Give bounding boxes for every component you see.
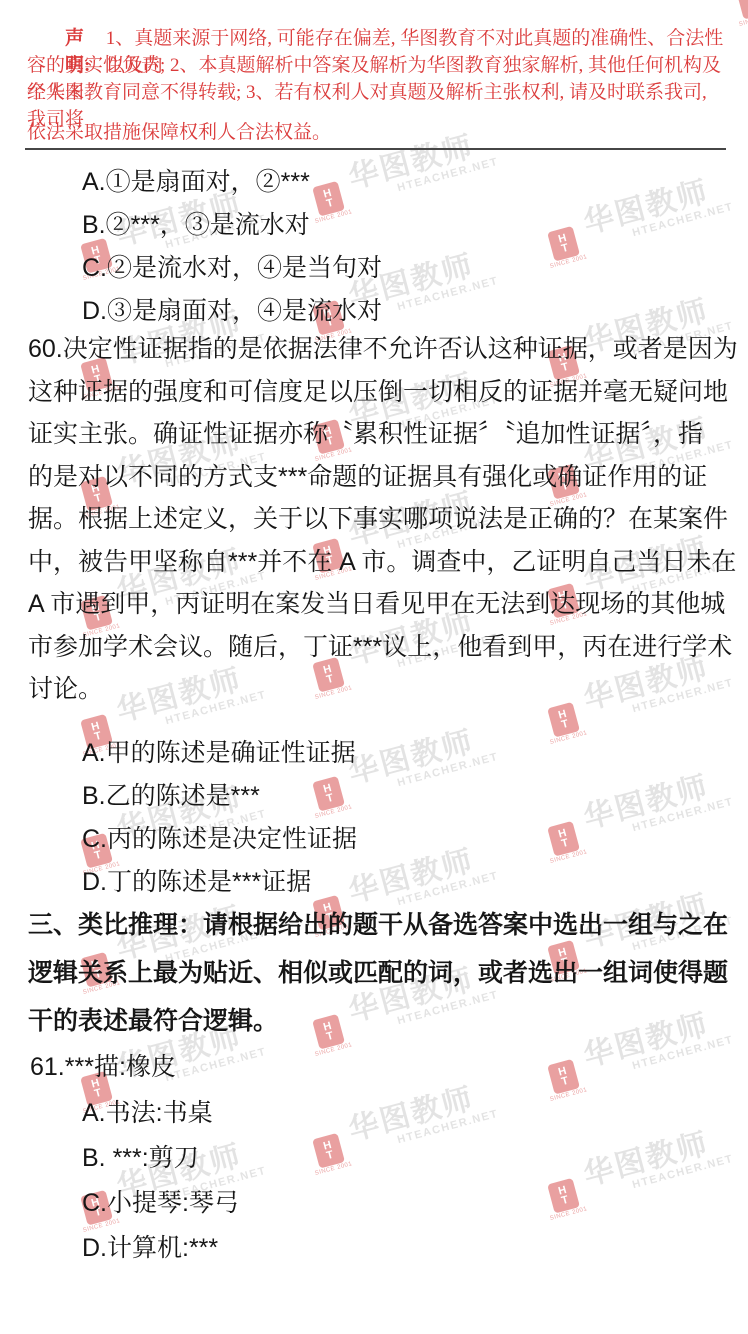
question-60-options: A.甲的陈述是确证性证据B.乙的陈述是***C.丙的陈述是决定性证据D.丁的陈述… — [82, 729, 357, 901]
question-61-text: 61.***描:橡皮 — [30, 1050, 176, 1080]
option-row: C.丙的陈述是决定性证据 — [82, 815, 357, 858]
huatu-logo-icon: HTSINCE 2001 — [541, 1176, 588, 1222]
text-line: A 市遇到甲，丙证明在案发当日看见甲在无法到达现场的其他城 — [28, 581, 728, 624]
text-line: 据。根据上述定义，关于以下事实哪项说法是正确的？在某案件 — [28, 496, 728, 539]
huatu-logo-icon: HTSINCE 2001 — [541, 1057, 588, 1103]
huatu-logo-icon: HTSINCE 2001 — [730, 0, 748, 28]
watermark: HTSINCE 2001华图教师HTEACHER.NET — [535, 1113, 737, 1222]
option-row: A.书法:书桌 — [82, 1088, 239, 1133]
text-line: 这种证据的强度和可信度足以压倒一切相反的证据并毫无疑问地 — [28, 369, 728, 412]
watermark: HTSINCE 2001华图教师HTEACHER.NET — [300, 1068, 502, 1177]
watermark: HTSINCE 2001华图教师HTEACHER.NET — [535, 161, 737, 270]
watermark: HTSINCE 2001华图教师HTEACHER.NET — [535, 756, 737, 865]
option-row: D.丁的陈述是***证据 — [82, 858, 357, 901]
huatu-logo-icon: HTSINCE 2001 — [306, 1131, 353, 1177]
text-line: 60.决定性证据指的是依据法律不允许否认这种证据，或者是因为 — [28, 326, 728, 369]
question-60-text: 60.决定性证据指的是依据法律不允许否认这种证据，或者是因为这种证据的强度和可信… — [28, 326, 728, 709]
option-row: B. ***:剪刀 — [82, 1133, 239, 1178]
text-line: 中，被告甲坚称自***并不在 A 市。调查中，乙证明自己当日未在 — [28, 539, 728, 582]
watermark: HTSINCE 2001华图教师HTEACHER.NET — [724, 0, 748, 28]
option-row: D.计算机:*** — [82, 1223, 239, 1268]
disclaimer: 声明:1、真题来源于网络, 可能存在偏差, 华图教育不对此真题的准确性、合法性以… — [27, 36, 725, 144]
question-61-options: A.书法:书桌B. ***:剪刀C.小提琴:琴弓D.计算机:*** — [82, 1088, 239, 1268]
option-row: C.小提琴:琴弓 — [82, 1178, 239, 1223]
option-row: A.甲的陈述是确证性证据 — [82, 729, 357, 772]
text-line: 三、类比推理：请根据给出的题干从备选答案中选出一组与之在 — [28, 899, 728, 947]
question-59-options: A.①是扇面对，②***B.②***，③是流水对C.②是流水对，④是当句对D.③… — [82, 158, 382, 330]
option-row: B.乙的陈述是*** — [82, 772, 357, 815]
huatu-logo-icon: HTSINCE 2001 — [541, 819, 588, 865]
option-row: C.②是流水对，④是当句对 — [82, 244, 382, 287]
document-page: HTSINCE 2001华图教师HTEACHER.NETHTSINCE 2001… — [0, 0, 748, 1334]
text-line: 证实主张。确证性证据亦称〝累积性证据〞〝追加性证据〞，指 — [28, 411, 728, 454]
text-line: 干的表述最符合逻辑。 — [28, 995, 728, 1043]
huatu-logo-icon: HTSINCE 2001 — [541, 224, 588, 270]
option-row: D.③是扇面对，④是流水对 — [82, 287, 382, 330]
text-line: 经华图教育同意不得转载; 3、若有权利人对真题及解析主张权利, 请及时联系我司,… — [27, 90, 725, 117]
option-row: A.①是扇面对，②*** — [82, 158, 382, 201]
section-three-heading: 三、类比推理：请根据给出的题干从备选答案中选出一组与之在逻辑关系上最为贴近、相似… — [28, 899, 728, 1043]
text-line: 的是对以不同的方式支***命题的证据具有强化或确证作用的证 — [28, 454, 728, 497]
text-line: 逻辑关系上最为贴近、相似或匹配的词，或者选出一组词使得题 — [28, 947, 728, 995]
text-line: 市参加学术会议。随后，丁证***议上，他看到甲，丙在进行学术 — [28, 624, 728, 667]
disclaimer-lines: 容的真实性负责; 2、本真题解析中答案及解析为华图教育独家解析, 其他任何机构及… — [27, 63, 725, 144]
disclaimer-divider — [25, 148, 726, 150]
huatu-logo-monogram: HT — [736, 0, 748, 20]
option-row: B.②***，③是流水对 — [82, 201, 382, 244]
text-line: 讨论。 — [28, 666, 728, 709]
